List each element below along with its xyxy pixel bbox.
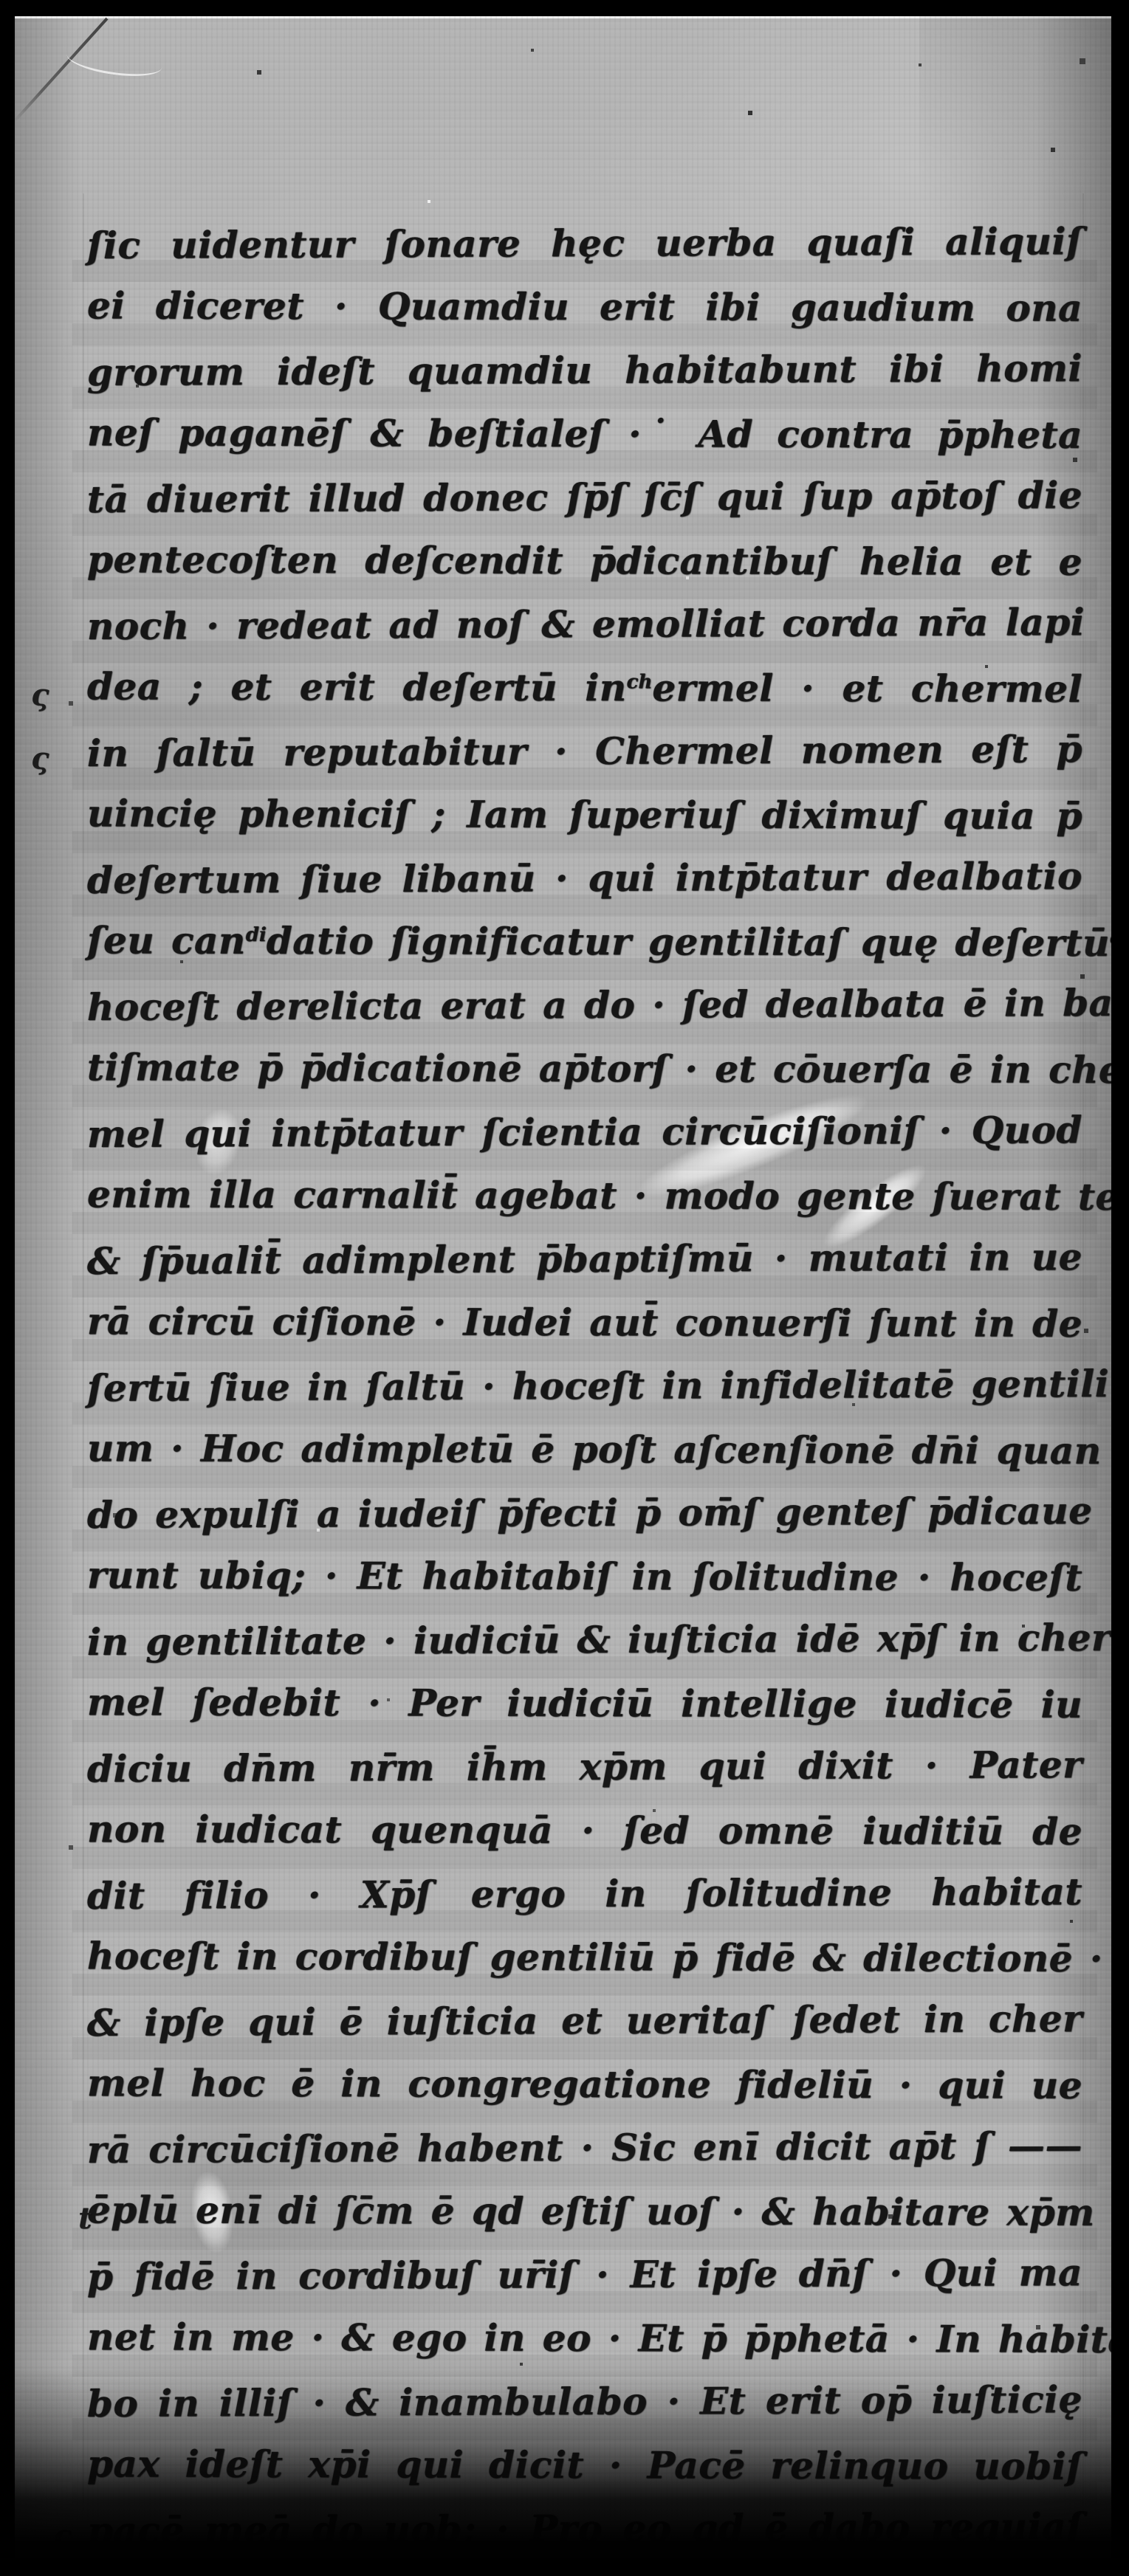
manuscript-line-25: diciu dn̄m nr̄m ih̄m xp̄m qui dixit · Pa… <box>87 1743 1082 1811</box>
manuscript-line-9: in ſaltū reputabitur · Chermel nomen eſt… <box>87 727 1082 795</box>
ink-specks <box>15 16 16 18</box>
manuscript-line-11: deſertum ſiue libanū · qui intp̄tatur de… <box>87 854 1082 922</box>
photograph-frame: { "page": { "colors": { "frame": "#00000… <box>0 0 1129 2576</box>
manuscript-line-29: & ipſe qui ē iuſticia et ueritaſ ſedet i… <box>87 1997 1082 2064</box>
manuscript-line-28: hoceſt in cordibuſ gentiliū p̄ fidē & di… <box>87 1934 1082 2000</box>
manuscript-line-4: neſ paganēſ & beſtialeſ ·˙ Ad contra p̄p… <box>87 410 1082 477</box>
manuscript-line-14: tiſmate p̄ p̄dicationē ap̄torſ · et cōue… <box>87 1045 1082 1112</box>
manuscript-line-8: dea ; et erit deſertū inchermel · et che… <box>87 664 1082 731</box>
superscript-insertion: di <box>246 924 267 946</box>
manuscript-line-12: ſeu candidatio ſignificatur gentilitaſ q… <box>87 918 1082 985</box>
manuscript-line-23: in gentilitate · iudiciū & iuſticia idē … <box>87 1616 1082 1684</box>
margin-mark-line-9: ς <box>31 741 49 776</box>
manuscript-line-31: rā circūciſionē habent · Sic enī dicit a… <box>87 2124 1082 2191</box>
manuscript-line-27: dit filio · Xp̄ſ ergo in ſolitudine habi… <box>87 1870 1082 1938</box>
manuscript-line-18: rā circū ciſionē · Iudei aut̄ conuerſi ſ… <box>87 1299 1082 1366</box>
manuscript-line-20: um · Hoc adimpletū ē poſt aſcenſionē dn̄… <box>87 1426 1082 1492</box>
manuscript-line-26: non iudicat quenquā · ſed omnē iuditiū d… <box>87 1807 1082 1873</box>
manuscript-line-33: p̄ fidē in cordibuſ ur̄iſ · Et ipſe dn̄ſ… <box>87 2250 1082 2318</box>
manuscript-line-24: mel ſedebit · Per iudiciū intellige iudi… <box>87 1680 1082 1746</box>
manuscript-line-17: & ſp̄ualit̄ adimplent p̄baptiſmū · mutat… <box>87 1235 1082 1303</box>
manuscript-line-22: runt ubiq; · Et habitabiſ in ſolitudine … <box>87 1553 1082 1619</box>
manuscript-line-6: pentecoſten deſcendit p̄dicantibuſ helia… <box>87 537 1082 604</box>
manuscript-line-2: ei diceret · Quamdiu erit ibi gaudium on… <box>87 283 1082 350</box>
margin-mark-line-32: t <box>78 2201 92 2236</box>
margin-mark-line-8: ς <box>31 678 49 712</box>
manuscript-line-7: noch · redeat ad noſ & emolliat corda nr… <box>87 600 1082 668</box>
bottom-shadow <box>15 2366 1111 2558</box>
manuscript-line-1: ſic uidentur ſonare hęc uerba quaſi aliq… <box>87 219 1082 287</box>
manuscript-line-19: ſertū ſiue in ſaltū · hoceſt in infideli… <box>87 1362 1082 1430</box>
superscript-insertion: a <box>1110 926 1111 948</box>
manuscript-photo: ſic uidentur ſonare hęc uerba quaſi aliq… <box>15 16 1111 2558</box>
manuscript-line-16: enim illa carnalit̄ agebat · modo gente … <box>87 1172 1082 1239</box>
superscript-insertion: ch <box>627 671 653 693</box>
manuscript-line-30: mel hoc ē in congregatione fideliū · qui… <box>87 2061 1082 2127</box>
manuscript-line-21: do expulſi a iudeiſ p̄fecti p̄ om̄ſ gent… <box>87 1489 1082 1557</box>
text-block: ſic uidentur ſonare hęc uerba quaſi aliq… <box>87 221 1082 2558</box>
manuscript-line-13: hoceſt derelicta erat a do · ſed dealbat… <box>87 981 1082 1049</box>
manuscript-line-5: tā diuerit illud donec ſp̄ſ ſc̄ſ qui ſup… <box>87 473 1082 541</box>
manuscript-line-15: mel qui intp̄tatur ſcientia circūciſioni… <box>87 1108 1082 1176</box>
manuscript-line-32: ēplū enī di ſc̄m ē qd eſtiſ uoſ · & habi… <box>87 2188 1082 2254</box>
manuscript-line-10: uincię pheniciſ ; Iam ſuperiuſ diximuſ q… <box>87 791 1082 858</box>
manuscript-line-3: grorum ideſt quamdiu habitabunt ibi homi <box>87 346 1082 414</box>
